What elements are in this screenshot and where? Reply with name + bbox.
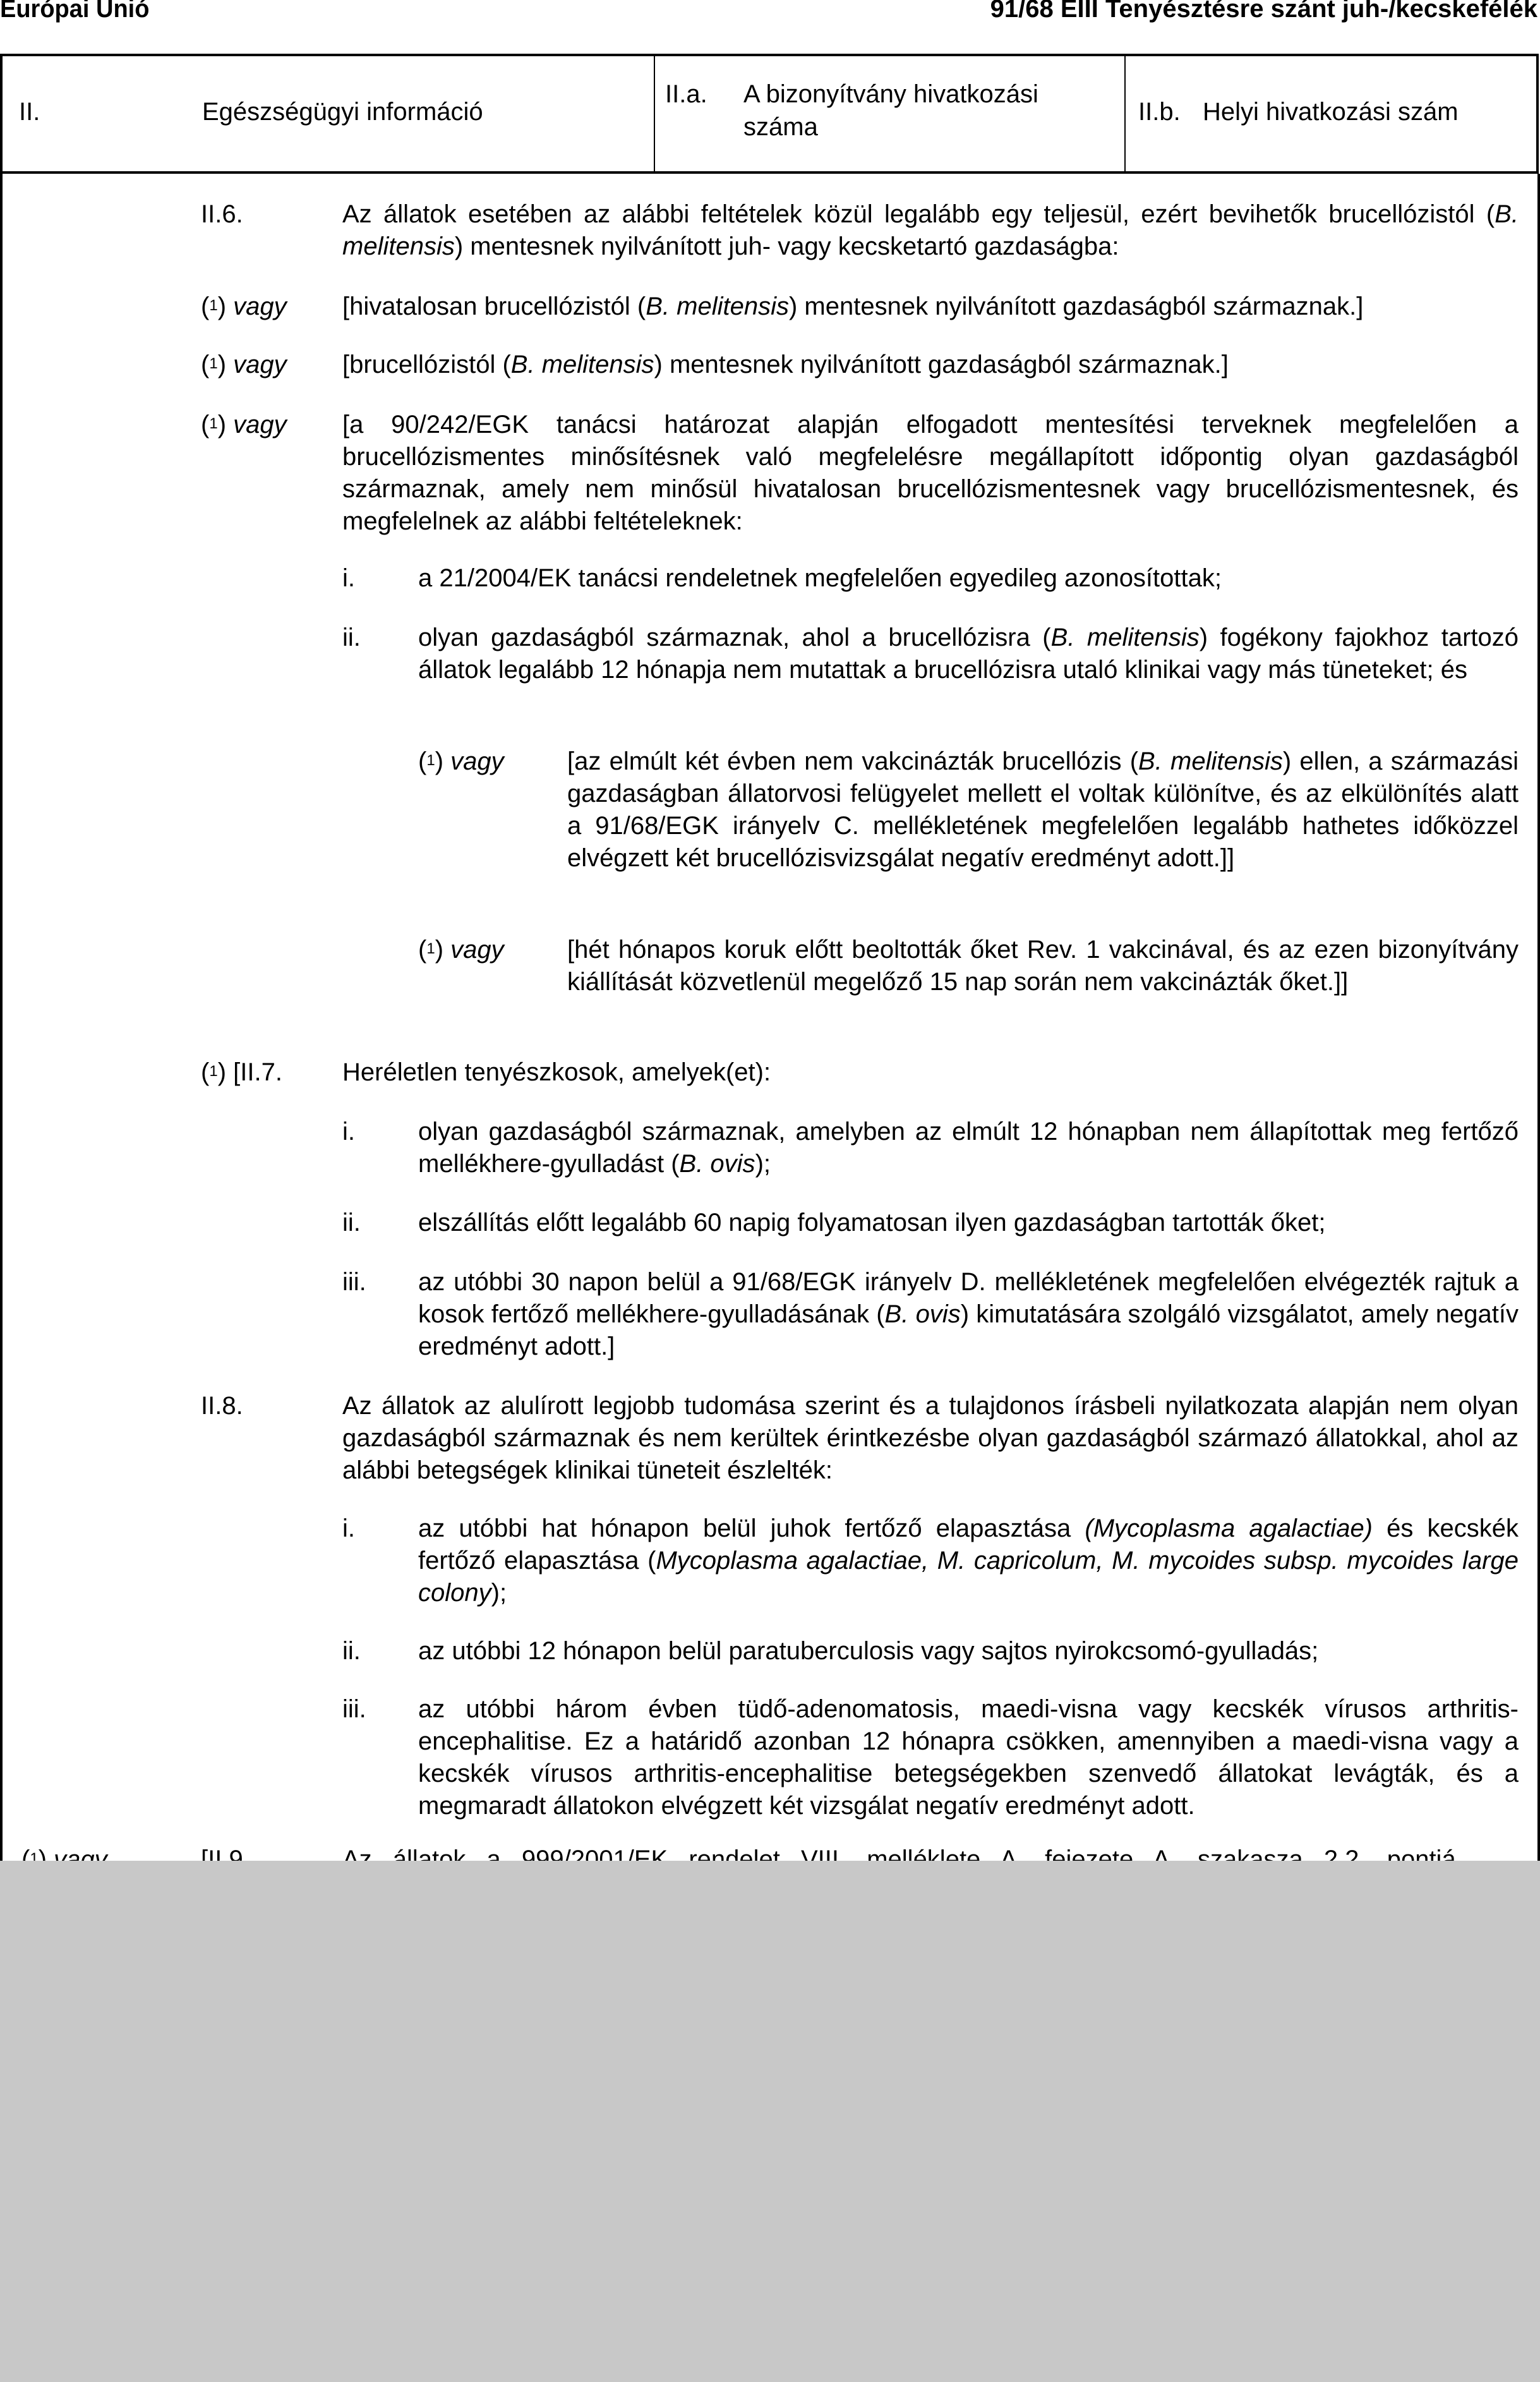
section-number: II.: [19, 98, 40, 126]
section-II8-intro: Az állatok az alulírott legjobb tudomása…: [342, 1390, 1519, 1487]
section-II6-sub-option-2: [hét hónapos koruk előtt beoltották őket…: [567, 934, 1519, 998]
section-II6-sub-i: a 21/2004/EK tanácsi rendeletnek megfele…: [418, 562, 1519, 595]
list-number: ii.: [342, 1207, 361, 1239]
option-marker: (1) vagy: [201, 291, 287, 323]
ref-a-label-line2: száma: [743, 113, 818, 142]
list-number: i.: [342, 1513, 355, 1545]
list-number: i.: [342, 562, 355, 595]
section-II8-item-iii: az utóbbi három évben tüdő-adenomatosis,…: [418, 1693, 1519, 1822]
header-right-title: 91/68 EIII Tenyésztésre szánt juh-/kecsk…: [990, 0, 1537, 23]
section-II6-option-1: [hivatalosan brucellózistól (B. melitens…: [342, 291, 1519, 323]
section-II6-option-3: [a 90/242/EGK tanácsi határozat alapján …: [342, 409, 1519, 538]
section-II9-partial-row: (1) vagy [II.9. Az állatok a 999/2001/EK…: [0, 1832, 1540, 1861]
option-marker: (1) vagy: [418, 934, 504, 966]
unrendered-page-area: [0, 1861, 1540, 2382]
frame-right-border: [1537, 174, 1540, 1861]
list-number: iii.: [342, 1266, 366, 1298]
section-II7-number: (1) [II.7.: [201, 1056, 282, 1089]
section-title: Egészségügyi információ: [202, 98, 483, 126]
section-II8-item-i: az utóbbi hat hónapon belül juhok fertőz…: [418, 1513, 1519, 1609]
option-marker: (1) vagy: [418, 746, 504, 778]
section-II8-item-ii: az utóbbi 12 hónapon belül paratuberculo…: [418, 1635, 1519, 1667]
section-II6-intro: Az állatok esetében az alábbi feltételek…: [342, 198, 1519, 263]
option-marker: (1) vagy: [21, 1844, 107, 1861]
section-II7-item-ii: elszállítás előtt legalább 60 napig foly…: [418, 1207, 1519, 1239]
section-II6-number: II.6.: [201, 198, 243, 231]
option-marker: (1) vagy: [201, 409, 287, 441]
ref-a-label-line1: A bizonyítvány hivatkozási: [743, 80, 1038, 109]
list-number: i.: [342, 1116, 355, 1148]
local-reference-cell: II.b. Helyi hivatkozási szám: [1124, 56, 1539, 171]
section-II7-intro: Heréletlen tenyészkosok, amelyek(et):: [342, 1056, 1519, 1089]
section-II7-item-i: olyan gazdaságból származnak, amelyben a…: [418, 1116, 1519, 1180]
ref-a-number: II.a.: [665, 80, 707, 109]
certificate-header-table: II. Egészségügyi információ II.a. A bizo…: [0, 54, 1539, 174]
header-left-title: Európai Unió: [0, 0, 149, 23]
ref-b-number: II.b.: [1138, 98, 1181, 126]
frame-left-border: [0, 174, 3, 1861]
section-II6-option-2: [brucellózistól (B. melitensis) mentesne…: [342, 349, 1519, 381]
section-II9-text: Az állatok a 999/2001/EK rendelet VIII. …: [342, 1844, 1456, 1861]
list-number: ii.: [342, 622, 361, 654]
section-II7-item-iii: az utóbbi 30 napon belül a 91/68/EGK irá…: [418, 1266, 1519, 1363]
section-II6-sub-ii: olyan gazdaságból származnak, ahol a bru…: [418, 622, 1519, 686]
section-II6-sub-option-1: [az elmúlt két évben nem vakcinázták bru…: [567, 746, 1519, 874]
section-II8-number: II.8.: [201, 1390, 243, 1422]
section-II9-number: [II.9.: [201, 1844, 250, 1861]
certificate-reference-cell: II.a. A bizonyítvány hivatkozási száma: [654, 56, 1124, 171]
list-number: iii.: [342, 1693, 366, 1726]
option-marker: (1) vagy: [201, 349, 287, 381]
ref-b-label: Helyi hivatkozási szám: [1203, 98, 1459, 126]
list-number: ii.: [342, 1635, 361, 1667]
